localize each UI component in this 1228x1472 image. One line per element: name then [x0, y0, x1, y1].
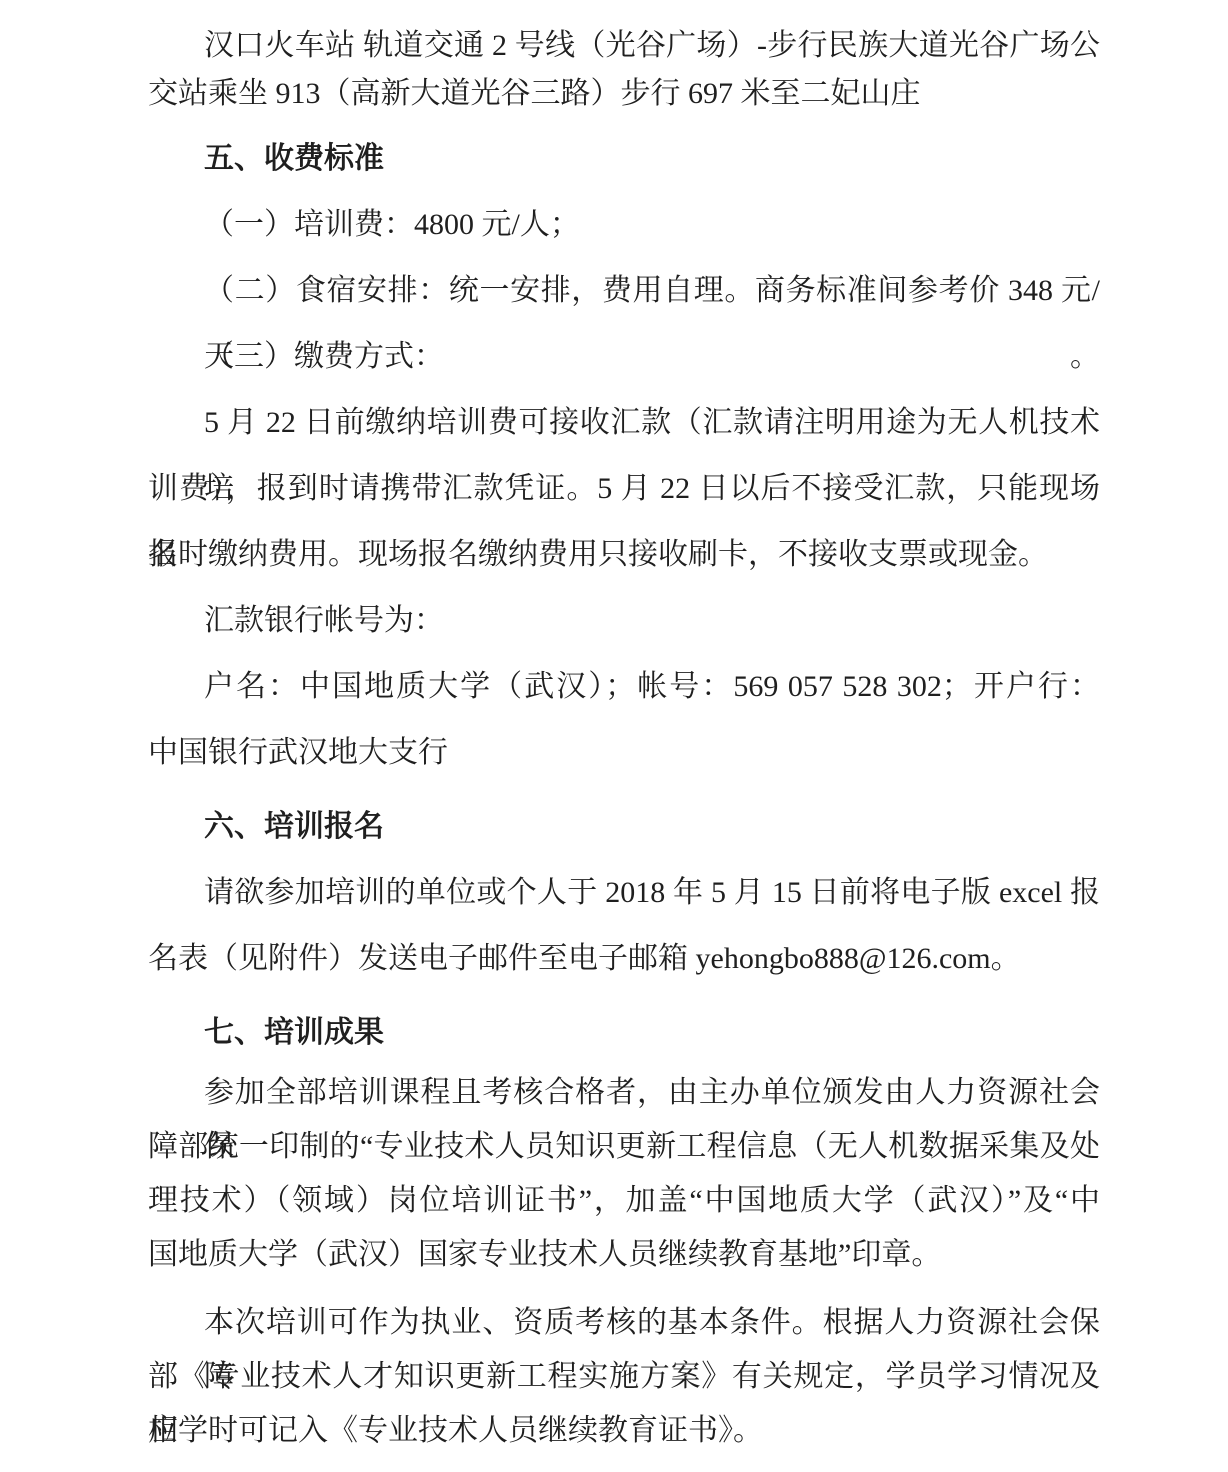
results-paragraph2-line: 应学时可记入《专业技术人员继续教育证书》。	[148, 1404, 1100, 1458]
results-paragraph-line: 参加全部培训课程且考核合格者，由主办单位颁发由人力资源社会保	[148, 1066, 1100, 1120]
results-paragraph2-line: 部《专业技术人才知识更新工程实施方案》有关规定，学员学习情况及相	[148, 1350, 1100, 1404]
route-paragraph-line: 交站乘坐 913（高新大道光谷三路）步行 697 米至二妃山庄	[148, 70, 1100, 118]
bank-account-line: 户名：中国地质大学（武汉）；帐号：569 057 528 302；开户行：	[148, 654, 1100, 720]
registration-paragraph-line: 请欲参加培训的单位或个人于 2018 年 5 月 15 日前将电子版 excel…	[148, 860, 1100, 926]
results-paragraph-line: 障部统一印制的“专业技术人员知识更新工程信息（无人机数据采集及处	[148, 1120, 1100, 1174]
route-paragraph-line: 汉口火车站 轨道交通 2 号线（光谷广场）-步行民族大道光谷广场公	[148, 22, 1100, 70]
fee-item-lodging: （二）食宿安排：统一安排，费用自理。商务标准间参考价 348 元/天。	[148, 258, 1100, 324]
payment-paragraph-line: 5 月 22 日前缴纳培训费可接收汇款（汇款请注明用途为无人机技术培	[148, 390, 1100, 456]
section-registration-heading: 六、培训报名	[148, 794, 1100, 860]
document-page: 汉口火车站 轨道交通 2 号线（光谷广场）-步行民族大道光谷广场公 交站乘坐 9…	[0, 0, 1228, 1472]
payment-paragraph-line: 训费），报到时请携带汇款凭证。5 月 22 日以后不接受汇款，只能现场报	[148, 456, 1100, 522]
payment-paragraph-line: 名时缴纳费用。现场报名缴纳费用只接收刷卡，不接收支票或现金。	[148, 522, 1100, 588]
section-results-heading: 七、培训成果	[148, 1000, 1100, 1066]
results-paragraph-line: 理技术）（领域）岗位培训证书”，加盖“中国地质大学（武汉）”及“中	[148, 1174, 1100, 1228]
bank-branch-line: 中国银行武汉地大支行	[148, 720, 1100, 786]
results-paragraph-line: 国地质大学（武汉）国家专业技术人员继续教育基地”印章。	[148, 1228, 1100, 1282]
results-paragraph2-line: 本次培训可作为执业、资质考核的基本条件。根据人力资源社会保障	[148, 1296, 1100, 1350]
section-fees-heading: 五、收费标准	[148, 126, 1100, 192]
fee-item-training-fee: （一）培训费：4800 元/人；	[148, 192, 1100, 258]
registration-paragraph-line: 名表（见附件）发送电子邮件至电子邮箱 yehongbo888@126.com。	[148, 926, 1100, 992]
bank-intro-line: 汇款银行帐号为：	[148, 588, 1100, 654]
